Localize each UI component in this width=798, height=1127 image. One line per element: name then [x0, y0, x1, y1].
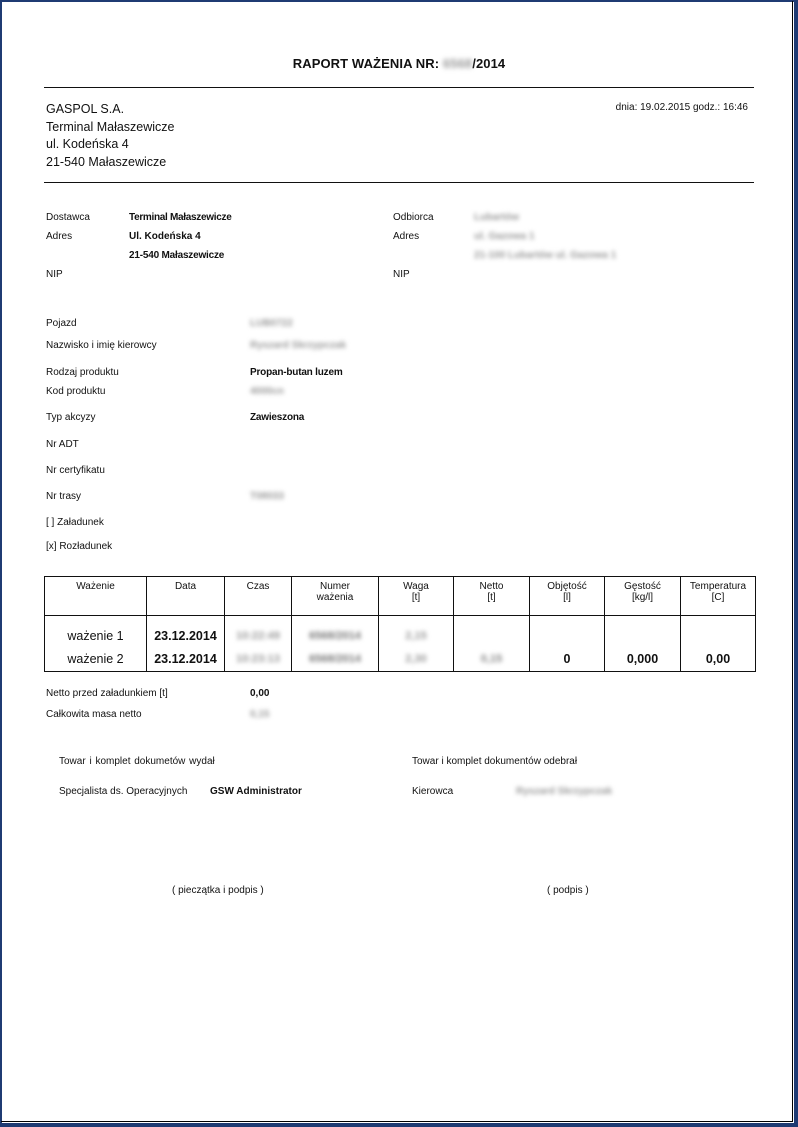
- recipient-nip-label: NIP: [393, 269, 410, 280]
- issuer-terminal: Terminal Małaszewicze: [46, 119, 175, 137]
- detail-value-redacted: Ryszard Skrzypczak: [250, 340, 346, 351]
- recipient-name-redacted: Lubartów: [474, 212, 519, 223]
- detail-value: Zawieszona: [250, 412, 304, 423]
- report-title: RAPORT WAŻENIA NR: 6568/2014: [0, 56, 798, 71]
- detail-value-redacted: LUB0722: [250, 318, 293, 329]
- density-value: 0,000: [605, 648, 680, 671]
- issuer-role: Specjalista ds. Operacyjnych: [59, 786, 187, 797]
- title-prefix: RAPORT WAŻENIA NR:: [293, 56, 443, 71]
- number-2-redacted: 6568/2014: [309, 648, 361, 671]
- header-data: Data: [147, 577, 225, 616]
- report-datetime: dnia: 19.02.2015 godz.: 16:46: [616, 102, 748, 113]
- detail-label: Typ akcyzy: [46, 412, 95, 423]
- volume-value: 0: [530, 648, 604, 671]
- temperature-value: 0,00: [681, 648, 755, 671]
- cell-waga: 2,15 2,30: [379, 616, 454, 672]
- recipient-address-line2-redacted: 21-100 Lubartów ul. Gazowa 1: [474, 250, 616, 261]
- signature-caption: ( podpis ): [547, 885, 589, 896]
- detail-label: Kod produktu: [46, 386, 106, 397]
- time-2-redacted: 10:23:13: [236, 648, 280, 671]
- detail-label: Rodzaj produktu: [46, 367, 119, 378]
- detail-label: Pojazd: [46, 318, 77, 329]
- supplier-address-label: Adres: [46, 231, 72, 242]
- supplier-label: Dostawca: [46, 212, 90, 223]
- weight-1-redacted: 2,15: [405, 625, 426, 648]
- header-wazenie: Ważenie: [45, 577, 147, 616]
- header-gestosc: Gęstość[kg/l]: [605, 577, 681, 616]
- cell-data: 23.12.2014 23.12.2014: [147, 616, 225, 672]
- header-divider-bottom: [44, 182, 754, 183]
- issuer-name: GASPOL S.A.: [46, 101, 175, 119]
- cell-wazenie: ważenie 1 ważenie 2: [45, 616, 147, 672]
- header-netto: Netto[t]: [454, 577, 530, 616]
- table-header-row: Ważenie Data Czas Numerważenia Waga[t] N…: [45, 577, 756, 616]
- detail-value: Propan-butan luzem: [250, 367, 343, 378]
- receiver-role: Kierowca: [412, 786, 453, 797]
- cell-gestosc: 0,000: [605, 616, 681, 672]
- recipient-address-label: Adres: [393, 231, 419, 242]
- supplier-address-line1: Ul. Kodeńska 4: [129, 231, 201, 242]
- header-divider-top: [44, 87, 754, 88]
- netto-before-label: Netto przed załadunkiem [t]: [46, 688, 168, 699]
- received-by-heading: Towar i komplet dokumentów odebrał: [412, 756, 577, 767]
- detail-value-redacted: T08033: [250, 491, 284, 502]
- issued-by-heading: Towar i komplet dokumetów wydał: [59, 756, 215, 767]
- detail-label: Nr trasy: [46, 491, 81, 502]
- detail-label: Nr ADT: [46, 439, 79, 450]
- title-suffix: /2014: [472, 56, 505, 71]
- cell-netto: 0,15: [454, 616, 530, 672]
- detail-label: Nazwisko i imię kierowcy: [46, 340, 157, 351]
- cell-temperatura: 0,00: [681, 616, 756, 672]
- table-body-row: ważenie 1 ważenie 2 23.12.2014 23.12.201…: [45, 616, 756, 672]
- recipient-address-line1-redacted: ul. Gazowa 1: [474, 231, 535, 242]
- stamp-signature-caption: ( pieczątka i podpis ): [172, 885, 264, 896]
- header-waga: Waga[t]: [379, 577, 454, 616]
- number-1-redacted: 6568/2014: [309, 625, 361, 648]
- cell-objetosc: 0: [530, 616, 605, 672]
- supplier-name: Terminal Małaszewicze: [129, 212, 231, 223]
- supplier-address-line2: 21-540 Małaszewicze: [129, 250, 224, 261]
- header-temperatura: Temperatura[C]: [681, 577, 756, 616]
- detail-value-redacted: 4000cn: [250, 386, 284, 397]
- total-netto-label: Całkowita masa netto: [46, 709, 142, 720]
- issuer-person: GSW Administrator: [210, 786, 302, 797]
- issuer-block: GASPOL S.A. Terminal Małaszewicze ul. Ko…: [46, 101, 175, 171]
- report-number-redacted: 6568: [443, 56, 472, 71]
- receiver-person-redacted: Ryszard Skrzypczak: [516, 786, 612, 797]
- supplier-nip-label: NIP: [46, 269, 63, 280]
- header-numer-wazenia: Numerważenia: [292, 577, 379, 616]
- time-1-redacted: 10:22:49: [236, 625, 280, 648]
- header-objetosc: Objętość[l]: [530, 577, 605, 616]
- total-netto-redacted: 0,15: [250, 709, 269, 720]
- netto-redacted: 0,15: [481, 648, 502, 671]
- detail-label: [ ] Załadunek: [46, 517, 104, 528]
- netto-before-value: 0,00: [250, 688, 269, 699]
- detail-label: [x] Rozładunek: [46, 541, 112, 552]
- recipient-label: Odbiorca: [393, 212, 434, 223]
- detail-label: Nr certyfikatu: [46, 465, 105, 476]
- header-czas: Czas: [225, 577, 292, 616]
- issuer-street: ul. Kodeńska 4: [46, 136, 175, 154]
- cell-numer: 6568/2014 6568/2014: [292, 616, 379, 672]
- issuer-city: 21-540 Małaszewicze: [46, 154, 175, 172]
- weight-2-redacted: 2,30: [405, 648, 426, 671]
- cell-czas: 10:22:49 10:23:13: [225, 616, 292, 672]
- weighing-table: Ważenie Data Czas Numerważenia Waga[t] N…: [44, 576, 756, 672]
